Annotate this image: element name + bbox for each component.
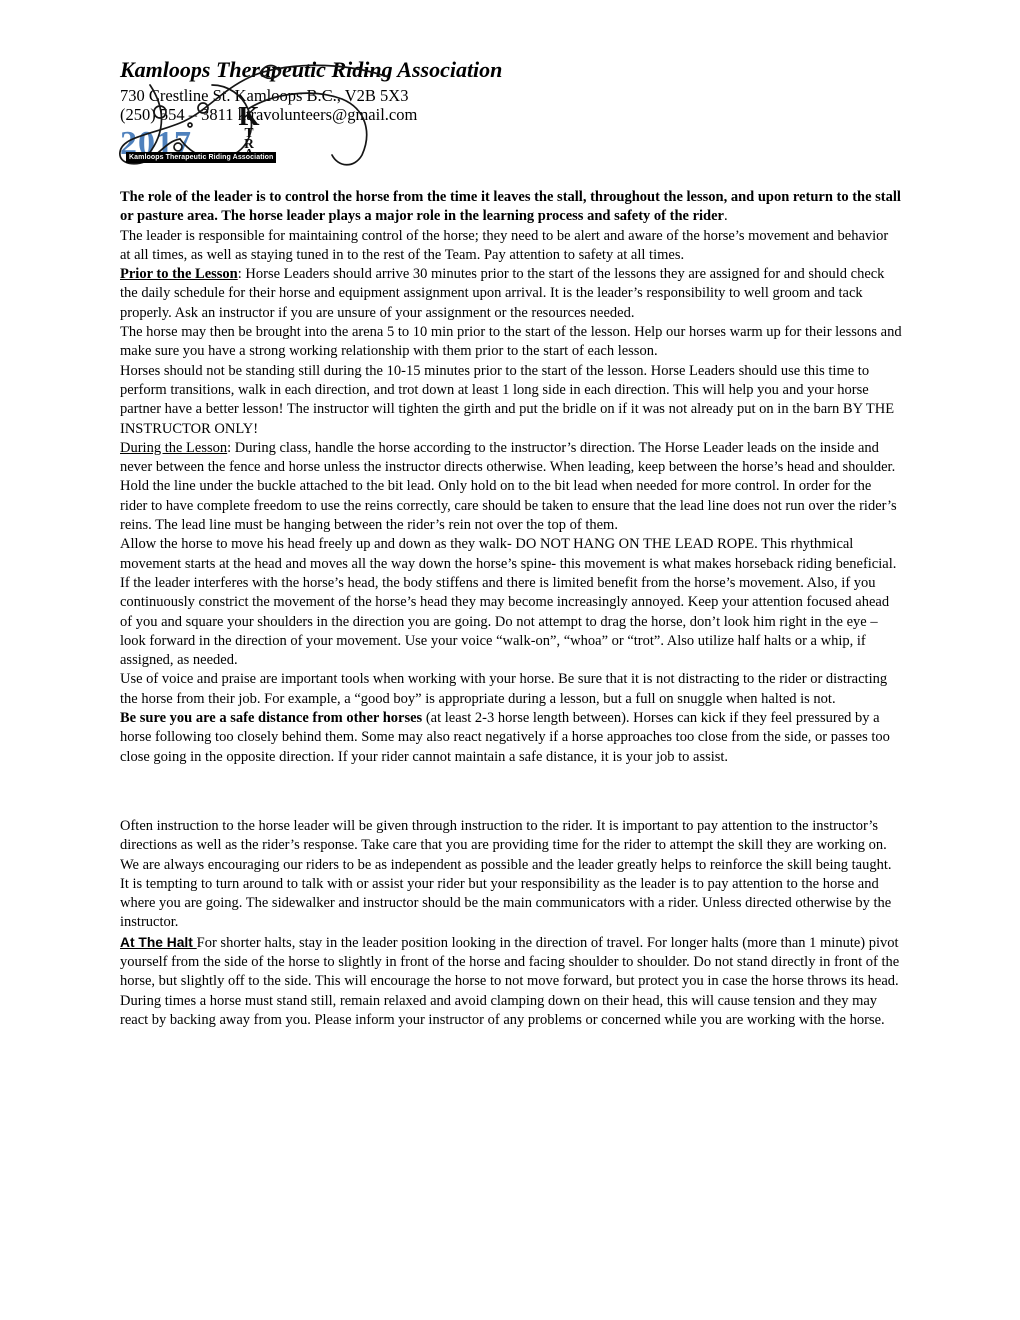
- text-run: Be sure you are a safe distance from oth…: [120, 710, 422, 726]
- organization-title: Kamloops Therapeutic Riding Association: [120, 56, 910, 84]
- paragraph: At The Halt For shorter halts, stay in t…: [120, 933, 902, 1030]
- paragraph: During the Lesson: During class, handle …: [120, 439, 902, 535]
- text-run: Horses should not be standing still duri…: [120, 363, 894, 437]
- page: Kamloops Therapeutic Riding Association …: [0, 0, 1020, 1320]
- text-run: Prior to the Lesson: [120, 266, 238, 282]
- address-line: 730 Crestline St. Kamloops B.C., V2B 5X3: [120, 86, 910, 105]
- text-run: At The Halt: [120, 935, 197, 950]
- document-body: The role of the leader is to control the…: [120, 188, 902, 1030]
- paragraph-spacer: [120, 767, 902, 817]
- text-run: .: [724, 208, 728, 224]
- paragraph: Be sure you are a safe distance from oth…: [120, 709, 902, 767]
- paragraph: Often instruction to the horse leader wi…: [120, 817, 902, 933]
- paragraph: The leader is responsible for maintainin…: [120, 227, 902, 266]
- paragraph: Prior to the Lesson: Horse Leaders shoul…: [120, 265, 902, 323]
- text-run: The role of the leader is to control the…: [120, 189, 901, 224]
- text-run: Often instruction to the horse leader wi…: [120, 818, 892, 930]
- text-run: Allow the horse to move his head freely …: [120, 536, 896, 668]
- text-run: The horse may then be brought into the a…: [120, 324, 902, 359]
- paragraph: Allow the horse to move his head freely …: [120, 535, 902, 670]
- text-run: The leader is responsible for maintainin…: [120, 228, 888, 263]
- text-run: For shorter halts, stay in the leader po…: [120, 935, 899, 1028]
- contact-line: (250) 554 – 3811 ktravolunteers@gmail.co…: [120, 105, 910, 124]
- text-run: : During class, handle the horse accordi…: [120, 440, 897, 533]
- year-label: 2017: [120, 127, 910, 161]
- text-run: Use of voice and praise are important to…: [120, 671, 887, 706]
- text-run: During the Lesson: [120, 440, 227, 456]
- paragraph: The role of the leader is to control the…: [120, 188, 902, 227]
- paragraph: Horses should not be standing still duri…: [120, 362, 902, 439]
- letterhead: Kamloops Therapeutic Riding Association …: [120, 56, 910, 161]
- paragraph: The horse may then be brought into the a…: [120, 323, 902, 362]
- paragraph: Use of voice and praise are important to…: [120, 670, 902, 709]
